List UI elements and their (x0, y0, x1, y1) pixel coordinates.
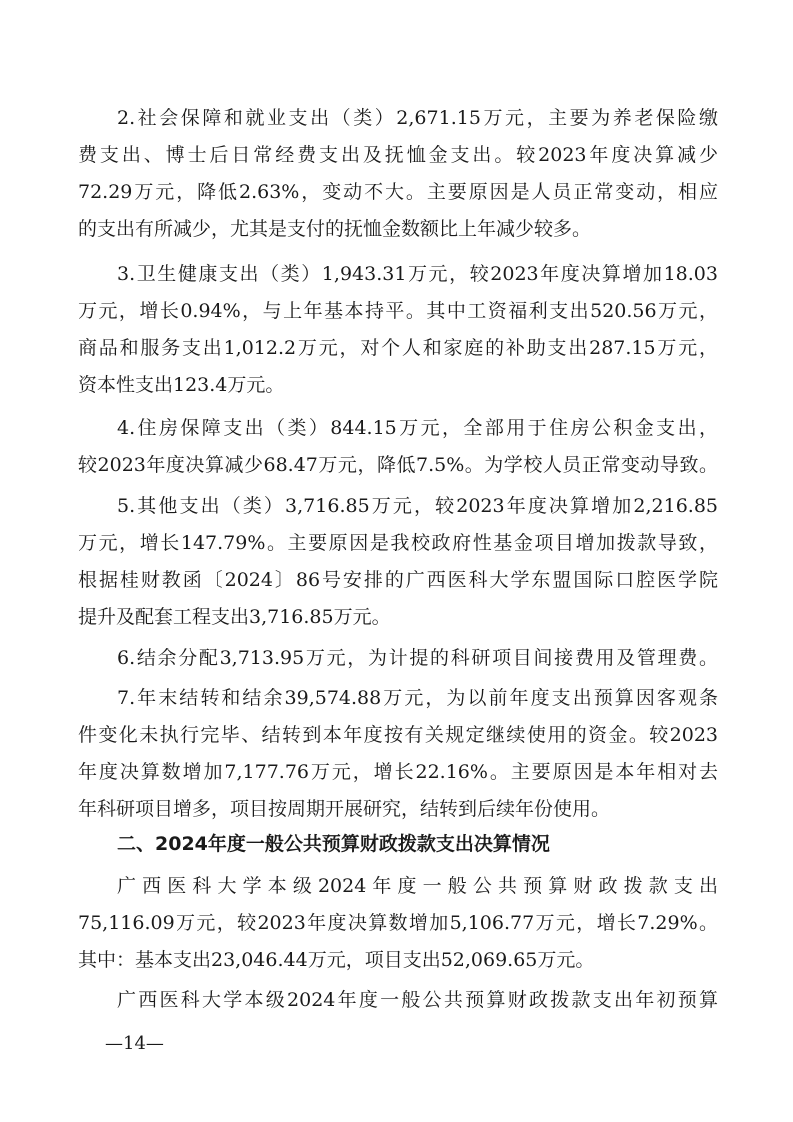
paragraph-line: 商品和服务支出1,012.2万元，对个人和家庭的补助支出287.15万元， (78, 330, 718, 366)
paragraph-line: 万元，增长147.79%。主要原因是我校政府性基金项目增加拨款导致， (78, 525, 718, 561)
paragraph-line: 较2023年度决算减少68.47万元，降低7.5%。为学校人员正常变动导致。 (78, 447, 718, 483)
paragraph-line: 的支出有所减少，尤其是支付的抚恤金数额比上年减少较多。 (78, 211, 718, 247)
paragraph-line: 7.年末结转和结余39,574.88万元，为以前年度支出预算因客观条 (117, 680, 718, 716)
paragraph-line: 年度决算数增加7,177.76万元，增长22.16%。主要原因是本年相对去 (78, 754, 718, 790)
paragraph-line: 72.29万元，降低2.63%，变动不大。主要原因是人员正常变动，相应 (78, 174, 718, 210)
paragraph-line: 2.社会保障和就业支出（类）2,671.15万元，主要为养老保险缴 (117, 100, 718, 136)
paragraph-line: 广西医科大学本级2024年度一般公共预算财政拨款支出年初预算 (117, 982, 718, 1018)
paragraph-line: 广西医科大学本级2024年度一般公共预算财政拨款支出 (117, 868, 718, 904)
page-number: —14— (105, 1033, 164, 1054)
paragraph-line: 资本性支出123.4万元。 (78, 367, 718, 403)
paragraph-line: 3.卫生健康支出（类）1,943.31万元，较2023年度决算增加18.03 (117, 256, 718, 292)
paragraph-line: 万元，增长0.94%，与上年基本持平。其中工资福利支出520.56万元， (78, 293, 718, 329)
paragraph-line: 6.结余分配3,713.95万元，为计提的科研项目间接费用及管理费。 (117, 640, 718, 676)
document-page: 2.社会保障和就业支出（类）2,671.15万元，主要为养老保险缴 费支出、博士… (0, 0, 793, 1122)
paragraph-line: 5.其他支出（类）3,716.85万元，较2023年度决算增加2,216.85 (117, 488, 718, 524)
paragraph-line: 其中：基本支出23,046.44万元，项目支出52,069.65万元。 (78, 942, 718, 978)
paragraph-line: 根据桂财教函〔2024〕86号安排的广西医科大学东盟国际口腔医学院 (78, 562, 718, 598)
paragraph-line: 4.住房保障支出（类）844.15万元，全部用于住房公积金支出， (117, 410, 718, 446)
paragraph-line: 年科研项目增多，项目按周期开展研究，结转到后续年份使用。 (78, 791, 718, 827)
paragraph-line: 件变化未执行完毕、结转到本年度按有关规定继续使用的资金。较2023 (78, 717, 718, 753)
section-heading: 二、2024年度一般公共预算财政拨款支出决算情况 (117, 826, 550, 862)
paragraph-line: 费支出、博士后日常经费支出及抚恤金支出。较2023年度决算减少 (78, 137, 718, 173)
paragraph-line: 提升及配套工程支出3,716.85万元。 (78, 599, 718, 635)
paragraph-line: 75,116.09万元，较2023年度决算数增加5,106.77万元，增长7.2… (78, 905, 718, 941)
